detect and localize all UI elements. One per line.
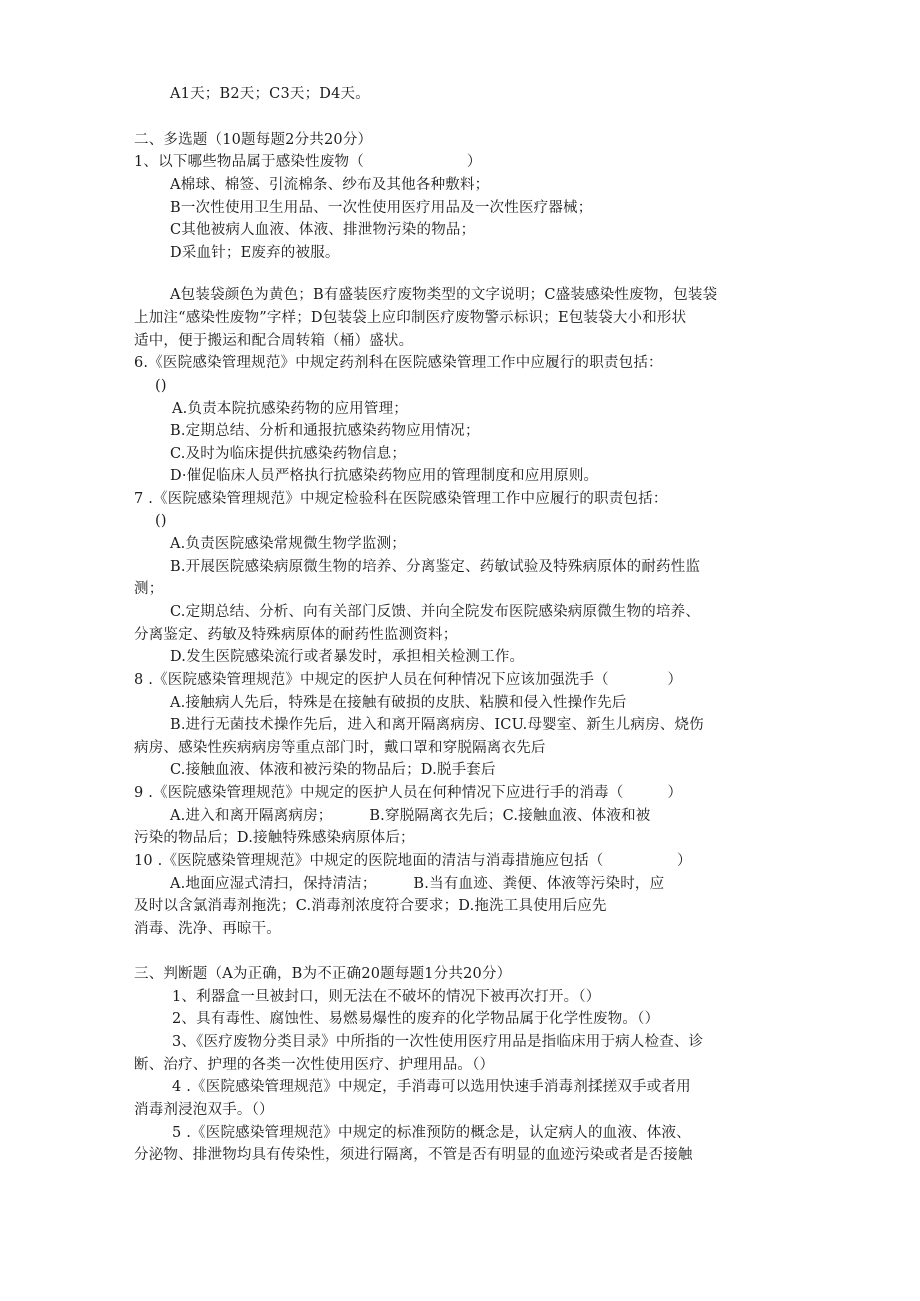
text-line: 消毒剂浸泡双手。（） <box>134 1099 274 1121</box>
text-line: 1、利器盒一旦被封口，则无法在不破坏的情况下被再次打开。（） <box>172 986 600 1008</box>
text-line: C.接触血液、体液和被污染的物品后；D.脱手套后 <box>170 759 496 781</box>
text-line: 9 .《医院感染管理规范》中规定的医护人员在何种情况下应进行手的消毒（ ） <box>134 782 682 804</box>
text-line: A.地面应湿式清扫，保持清洁； B.当有血迹、粪便、体液等污染时，应 <box>170 873 664 895</box>
text-line: B.进行无菌技术操作先后，进入和离开隔离病房、ICU.母婴室、新生儿病房、烧伤 <box>170 714 704 736</box>
text-line: 分泌物、排泄物均具有传染性，须进行隔离，不管是否有明显的血迹污染或者是否接触 <box>134 1144 693 1166</box>
text-line: 断、治疗、护理的各类一次性使用医疗、护理用品。（） <box>134 1054 494 1076</box>
text-line: 10 .《医院感染管理规范》中规定的医院地面的清洁与消毒措施应包括（ ） <box>134 850 692 872</box>
text-line: () <box>155 510 167 532</box>
text-line: 分离鉴定、药敏及特殊病原体的耐药性监测资料； <box>134 624 457 646</box>
text-line: D.发生医院感染流行或者暴发时，承担相关检测工作。 <box>170 646 524 668</box>
text-line: A.负责医院感染常规微生物学监测； <box>170 533 406 555</box>
text-line: D采血针；E废弃的被服。 <box>170 242 340 264</box>
text-line: B.定期总结、分析和通报抗感染药物应用情况； <box>170 420 480 442</box>
text-line: B一次性使用卫生用品、一次性使用医疗用品及一次性医疗器械； <box>170 197 592 219</box>
text-line: 2、具有毒性、腐蚀性、易燃易爆性的废弃的化学物品属于化学性废物。（） <box>172 1008 659 1030</box>
text-line: 6.《医院感染管理规范》中规定药剂科在医院感染管理工作中应履行的职责包括： <box>134 352 663 374</box>
text-line: 二、多选题（10题每题2分共20分） <box>134 129 372 151</box>
text-line: 3、《医疗废物分类目录》中所指的一次性使用医疗用品是指临床用于病人检查、诊 <box>172 1031 703 1053</box>
text-line: 5 .《医院感染管理规范》中规定的标准预防的概念是，认定病人的血液、体液、 <box>172 1122 691 1144</box>
text-line: A.负责本院抗感染药物的应用管理； <box>172 398 408 420</box>
text-line: 测； <box>134 578 163 600</box>
text-line: C.定期总结、分析、向有关部门反馈、并向全院发布医院感染病原微生物的培养、 <box>170 601 700 623</box>
text-line: A.接触病人先后，特殊是在接触有破损的皮肤、粘膜和侵入性操作先后 <box>170 692 626 714</box>
text-line: A1天；B2天；C3天；D4天。 <box>170 83 370 105</box>
text-line: A包装袋颜色为黄色；B有盛装医疗废物类型的文字说明；C盛装感染性废物，包装袋 <box>170 284 717 306</box>
text-line: C其他被病人血液、体液、排泄物污染的物品； <box>170 219 475 241</box>
text-line: 上加注“感染性废物”字样；D包装袋上应印制医疗废物警示标识；E包装袋大小和形状 <box>134 307 686 329</box>
document-page: A1天；B2天；C3天；D4天。二、多选题（10题每题2分共20分）1、以下哪些… <box>0 0 920 1301</box>
text-line: 消毒、洗净、再晾干。 <box>134 918 281 940</box>
text-line: C.及时为临床提供抗感染药物信息； <box>170 443 406 465</box>
text-line: A棉球、棉签、引流棉条、纱布及其他各种敷料； <box>170 174 489 196</box>
text-line: B.开展医院感染病原微生物的培养、分离鉴定、药敏试验及特殊病原体的耐药性监 <box>170 556 700 578</box>
text-line: 1、以下哪些物品属于感染性废物（ ） <box>134 151 482 173</box>
text-line: D·催促临床人员严格执行抗感染药物应用的管理制度和应用原则。 <box>170 465 598 487</box>
text-line: 病房、感染性疾病病房等重点部门时，戴口罩和穿脱隔离衣先后 <box>134 737 546 759</box>
text-line: 8 .《医院感染管理规范》中规定的医护人员在何种情况下应该加强洗手（ ） <box>134 669 682 691</box>
text-line: 污染的物品后；D.接触特殊感染病原体后； <box>134 827 415 849</box>
text-line: 三、判断题（A为正确，B为不正确20题每题1分共20分） <box>134 963 511 985</box>
text-line: 4 .《医院感染管理规范》中规定，手消毒可以选用快速手消毒剂揉搓双手或者用 <box>172 1076 691 1098</box>
text-line: 适中，便于搬运和配合周转箱（桶）盛状。 <box>134 330 413 352</box>
text-line: 及时以含氯消毒剂拖洗；C.消毒剂浓度符合要求；D.拖洗工具使用后应先 <box>134 895 607 917</box>
text-line: A.进入和离开隔离病房； B.穿脱隔离衣先后；C.接触血液、体液和被 <box>170 805 650 827</box>
text-line: 7 .《医院感染管理规范》中规定检验科在医院感染管理工作中应履行的职责包括： <box>134 488 668 510</box>
text-line: () <box>155 375 167 397</box>
